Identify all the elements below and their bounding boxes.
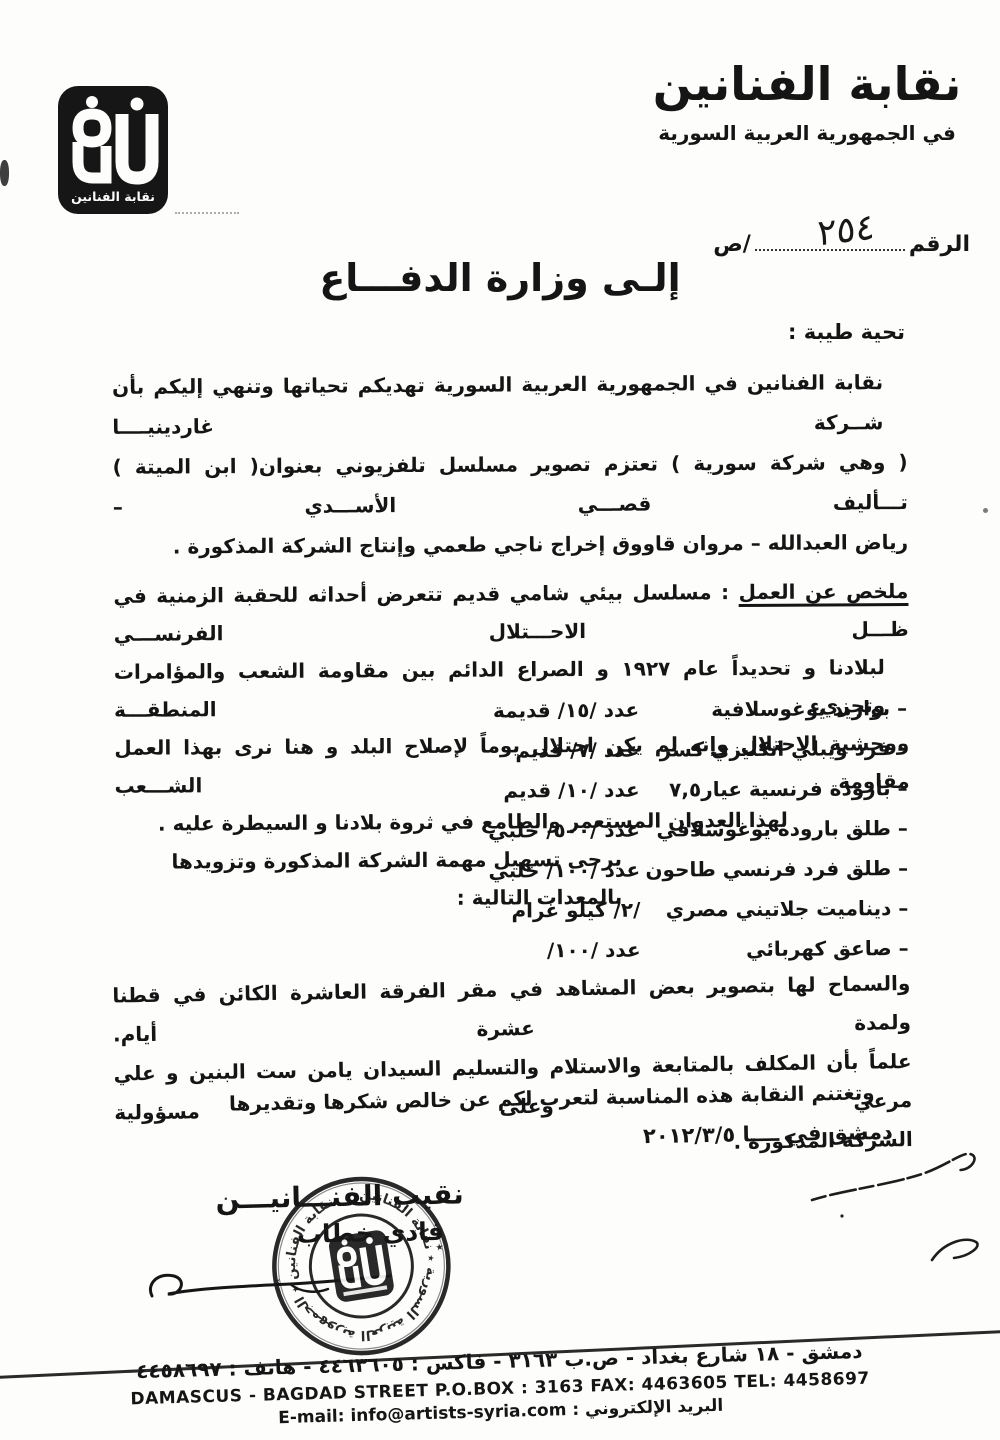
official-stamp: نقابة الفنانين ٭ الجمهورية العربية السور… — [248, 1158, 476, 1383]
scanned-letter-page: نقابة الفنانين نقابة الفنانين في الجمهور… — [0, 0, 1000, 1440]
handwritten-ref-number: ٢٥٤ — [817, 206, 875, 254]
ref-suffix: /ص — [713, 232, 751, 257]
equipment-item: – ديناميت جلاتيني مصري — [640, 888, 908, 930]
scan-speck — [983, 508, 988, 513]
org-name: نقابة الفنانين — [642, 58, 972, 111]
greeting: تحية طيبة : — [788, 320, 905, 344]
letter-title: إلـى وزارة الدفـــاع — [0, 256, 1000, 300]
scan-speck — [0, 160, 9, 186]
equipment-item: – بارودة فرنسية عيار٧,٥ — [639, 768, 907, 810]
summary-line: ملخص عن العمل : مسلسل بيئي شامي قديم تتع… — [113, 572, 908, 653]
equipment-row: – فرد ويبلي انكليزي كسرعدد /٧/ قديم — [112, 728, 907, 773]
footer: دمشق - ١٨ شارع بغداد - ص.ب ٣١٦٣ - فاكس :… — [49, 1336, 951, 1434]
stamp-center-logo — [328, 1229, 396, 1303]
scan-speck — [175, 212, 239, 214]
footer-email-value: E-mail: info@artists-syria.com — [278, 1400, 567, 1428]
equipment-qty: عدد /١٠٠/ خلبي — [488, 850, 640, 891]
equipment-row: – بواريد يوغوسلافيةعدد /١٥/ قديمة — [112, 688, 907, 733]
equipment-row: – ديناميت جلاتيني مصري/٢/ كيلو غرام — [113, 888, 908, 933]
syndicate-logo-icon: نقابة الفنانين — [56, 84, 170, 216]
stamp-icon: نقابة الفنانين ٭ الجمهورية العربية السور… — [248, 1158, 476, 1379]
para1-line: رياض العبدالله – مروان قاووق إخراج ناجي … — [113, 522, 908, 567]
equipment-row: – طلق فرد فرنسي طاحونعدد /١٠٠/ خلبي — [113, 848, 908, 893]
equipment-row: – طلق بارودة يوغوسلافيعدد /٥٠٠/ خلبي — [113, 808, 908, 853]
equipment-item: – بواريد يوغوسلافية — [639, 688, 907, 730]
svg-text:نقابة الفنانين: نقابة الفنانين — [71, 189, 155, 204]
para1-line: ( وهي شركة سورية ) تعتزم تصوير مسلسل تلف… — [113, 442, 908, 527]
equipment-item: – فرد ويبلي انكليزي كسر — [639, 728, 907, 770]
ref-label: الرقم — [909, 232, 970, 257]
summary-separator: : — [712, 580, 739, 604]
reference-line: الرقم/ص ٢٥٤ — [670, 232, 970, 257]
equipment-qty: عدد /١٥/ قديمة — [493, 690, 639, 731]
para3-line: والسماح لها بتصوير بعض المشاهد في مقر ال… — [112, 964, 911, 1055]
equipment-item: – طلق بارودة يوغوسلافي — [640, 808, 908, 850]
equipment-item: – طلق فرد فرنسي طاحون — [640, 848, 908, 890]
letterhead: نقابة الفنانين في الجمهورية العربية السو… — [642, 58, 972, 145]
footer-email-label: البريد الإلكتروني : — [572, 1396, 723, 1420]
org-subtitle: في الجمهورية العربية السورية — [642, 121, 972, 145]
equipment-qty: عدد /٧/ قديم — [515, 730, 639, 771]
equipment-row: – بارودة فرنسية عيار٧,٥عدد /١٠/ قديم — [113, 768, 908, 813]
handwritten-marks — [804, 1138, 994, 1282]
equipment-qty: عدد /١٠٠/ — [547, 930, 641, 971]
equipment-list: – بواريد يوغوسلافيةعدد /١٥/ قديمة – فرد … — [112, 688, 909, 973]
summary-lead-label: ملخص عن العمل — [739, 579, 909, 604]
equipment-qty: عدد /١٠/ قديم — [503, 770, 640, 811]
equipment-qty: عدد /٥٠٠/ خلبي — [488, 810, 640, 851]
stamp-star-left: ٭ — [271, 1271, 282, 1290]
para1-line: نقابة الفنانين في الجمهورية العربية السو… — [112, 362, 907, 447]
scribble-icon — [804, 1138, 994, 1278]
equipment-item: – صاعق كهربائي — [640, 928, 908, 970]
artists-syndicate-logo: نقابة الفنانين — [56, 84, 170, 216]
equipment-qty: /٢/ كيلو غرام — [511, 890, 640, 931]
